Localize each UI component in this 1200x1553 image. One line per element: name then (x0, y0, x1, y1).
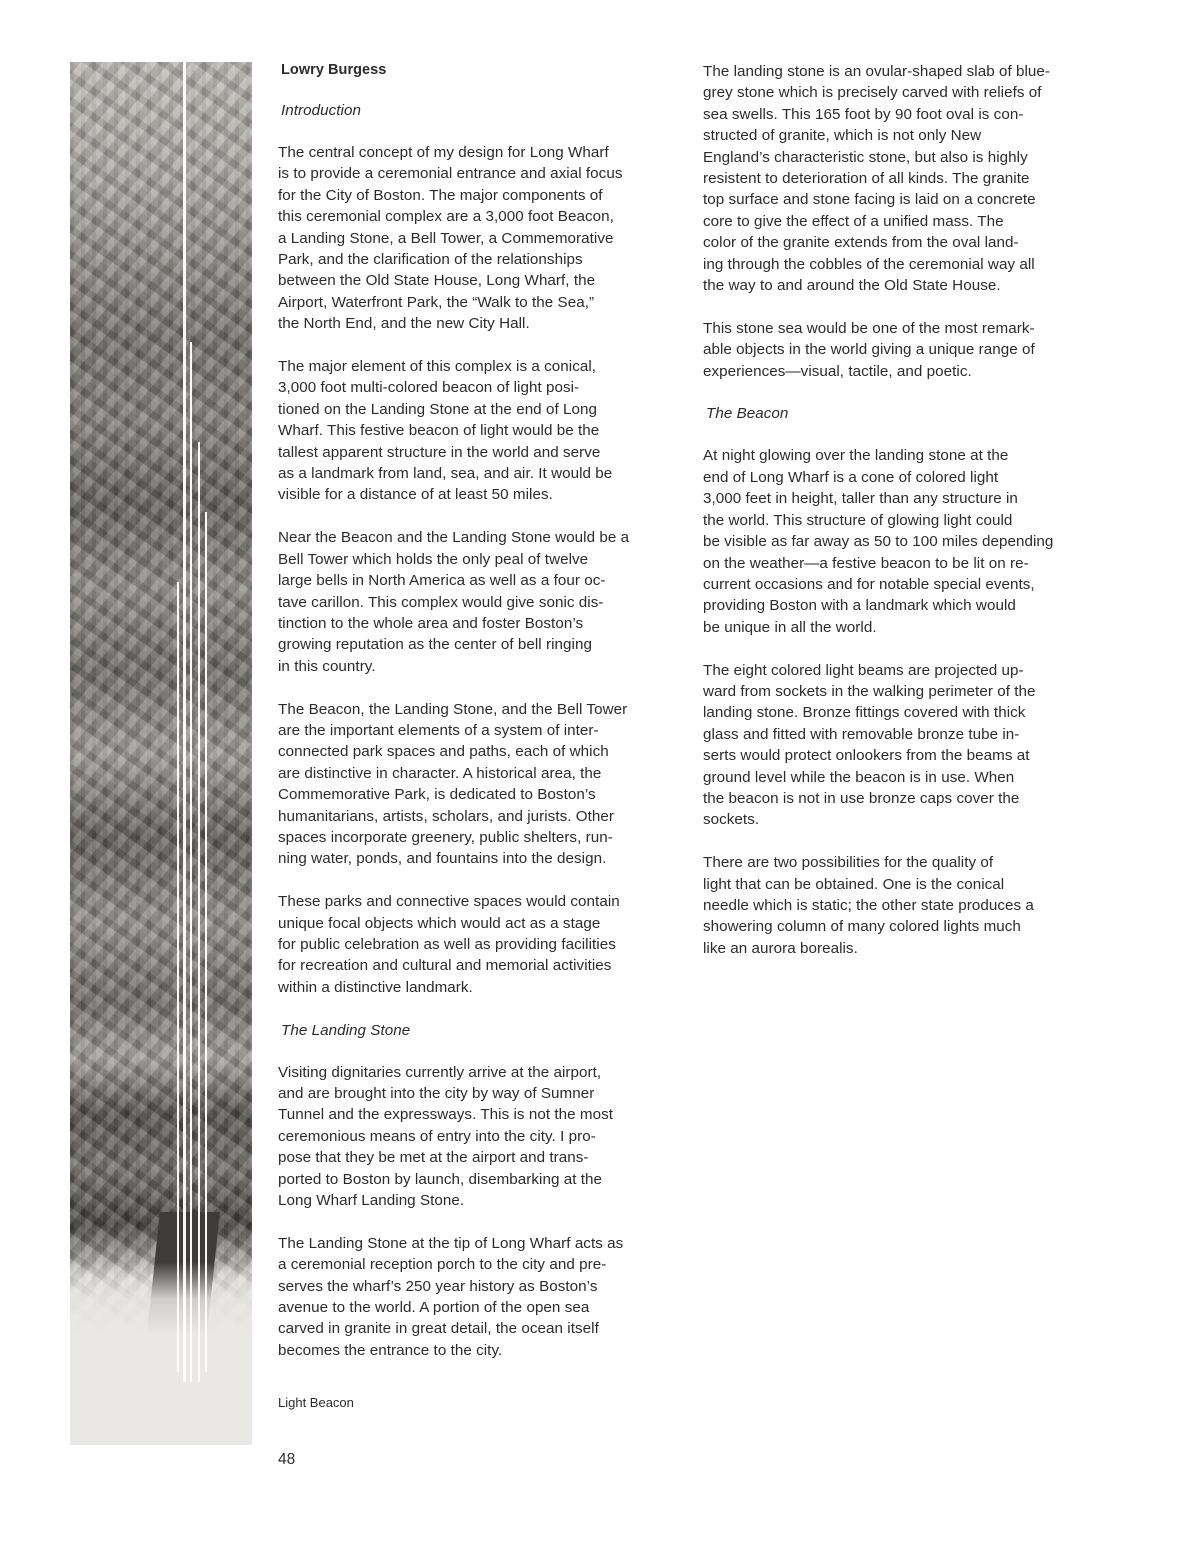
paragraph: These parks and connective spaces would … (278, 891, 698, 998)
paragraph: The Landing Stone at the tip of Long Wha… (278, 1233, 698, 1361)
heading-beacon: The Beacon (706, 403, 1123, 424)
author-name: Lowry Burgess (281, 60, 698, 80)
paragraph: The landing stone is an ovular-shaped sl… (703, 61, 1123, 296)
light-beam (198, 442, 200, 1382)
figure-caption: Light Beacon (278, 1394, 354, 1412)
paragraph: The Beacon, the Landing Stone, and the B… (278, 699, 698, 870)
paragraph: The eight colored light beams are projec… (703, 660, 1123, 831)
paragraph: This stone sea would be one of the most … (703, 318, 1123, 382)
heading-introduction: Introduction (281, 100, 698, 121)
harbor-water (70, 1262, 252, 1445)
left-column: Lowry Burgess Introduction The central c… (278, 60, 698, 1383)
paragraph: Visiting dignitaries currently arrive at… (278, 1062, 698, 1212)
light-beacon-photo (70, 62, 252, 1445)
paragraph: There are two possibilities for the qual… (703, 852, 1123, 959)
paragraph: Near the Beacon and the Landing Stone wo… (278, 527, 698, 677)
light-beam (183, 62, 186, 1382)
heading-landing-stone: The Landing Stone (281, 1020, 698, 1041)
page-number: 48 (278, 1450, 295, 1470)
paragraph: The major element of this complex is a c… (278, 356, 698, 506)
paragraph: At night glowing over the landing stone … (703, 445, 1123, 638)
paragraph: The central concept of my design for Lon… (278, 142, 698, 335)
light-beam (190, 342, 192, 1382)
right-column: The landing stone is an ovular-shaped sl… (703, 61, 1123, 981)
light-beam (177, 582, 179, 1372)
light-beam (205, 512, 207, 1372)
